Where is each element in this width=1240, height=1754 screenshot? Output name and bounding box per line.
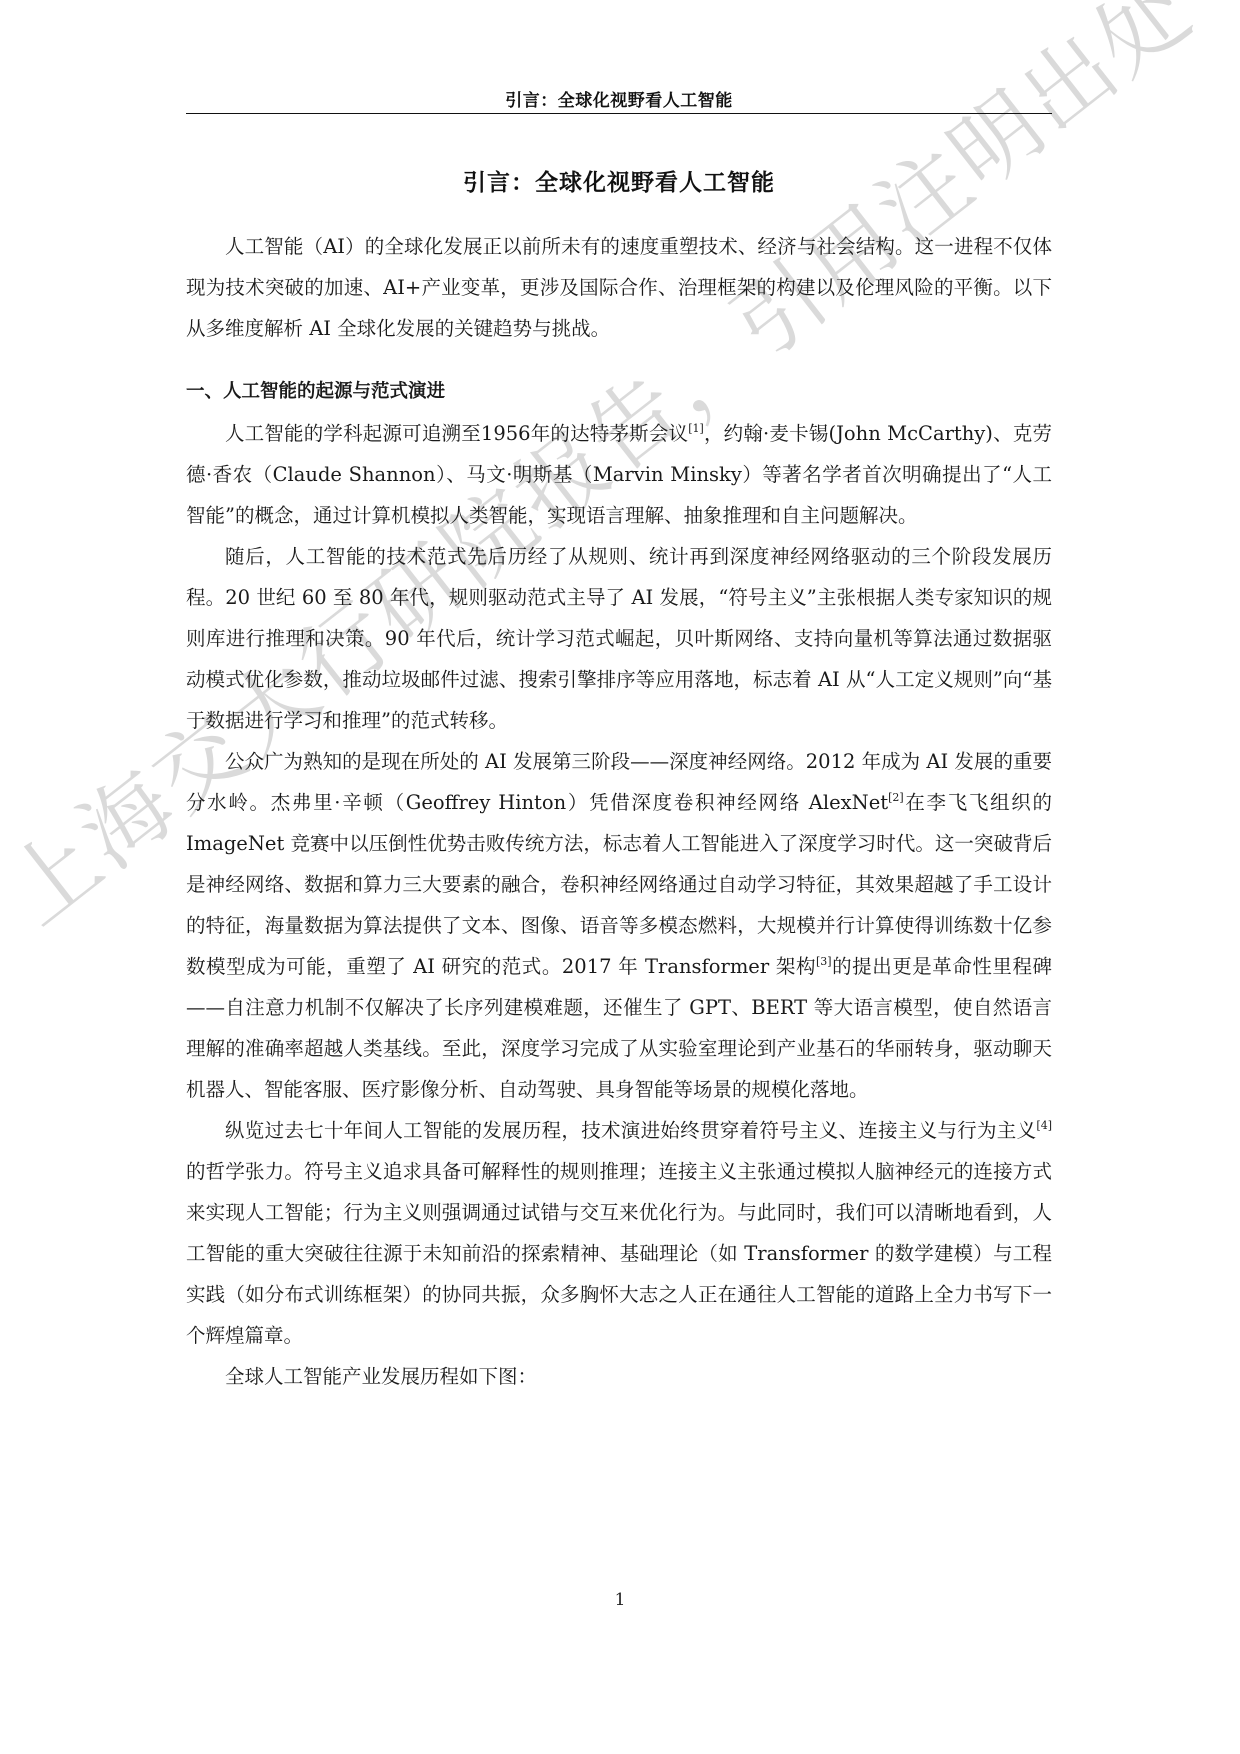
running-header: 引言：全球化视野看人工智能	[186, 86, 1052, 111]
paragraph-text: 的哲学张力。符号主义追求具备可解释性的规则推理；连接主义主张通过模拟人脑神经元的…	[186, 1160, 1052, 1347]
page-number: 1	[0, 1590, 1240, 1610]
paragraph-overview: 纵览过去七十年间人工智能的发展历程，技术演进始终贯穿着符号主义、连接主义与行为主…	[186, 1110, 1052, 1356]
citation-ref-3[interactable]: [3]	[816, 955, 832, 968]
page-title: 引言：全球化视野看人工智能	[186, 164, 1052, 197]
intro-paragraph: 人工智能（AI）的全球化发展正以前所未有的速度重塑技术、经济与社会结构。这一进程…	[186, 226, 1052, 349]
paragraph-text: 在李飞飞组织的 ImageNet 竞赛中以压倒性优势击败传统方法，标志着人工智能…	[186, 791, 1052, 978]
citation-ref-1[interactable]: [1]	[688, 422, 704, 435]
document-page: 上海交大行研院报告，引用注明出处 引言：全球化视野看人工智能 引言：全球化视野看…	[0, 0, 1240, 1754]
paragraph-origins: 人工智能的学科起源可追溯至1956年的达特茅斯会议[1]，约翰·麦卡锡(John…	[186, 413, 1052, 536]
paragraph-deep-learning: 公众广为熟知的是现在所处的 AI 发展第三阶段——深度神经网络。2012 年成为…	[186, 741, 1052, 1110]
citation-ref-4[interactable]: [4]	[1036, 1119, 1052, 1132]
section-heading: 一、人工智能的起源与范式演进	[186, 371, 1052, 413]
paragraph-text: 纵览过去七十年间人工智能的发展历程，技术演进始终贯穿着符号主义、连接主义与行为主…	[225, 1119, 1036, 1142]
header-divider	[186, 113, 1052, 114]
paragraph-paradigms: 随后，人工智能的技术范式先后历经了从规则、统计再到深度神经网络驱动的三个阶段发展…	[186, 536, 1052, 741]
paragraph-text: 人工智能的学科起源可追溯至1956年的达特茅斯会议	[225, 422, 688, 445]
citation-ref-2[interactable]: [2]	[888, 791, 904, 804]
paragraph-figure-intro: 全球人工智能产业发展历程如下图：	[186, 1356, 1052, 1397]
document-body: 人工智能（AI）的全球化发展正以前所未有的速度重塑技术、经济与社会结构。这一进程…	[186, 226, 1052, 1397]
